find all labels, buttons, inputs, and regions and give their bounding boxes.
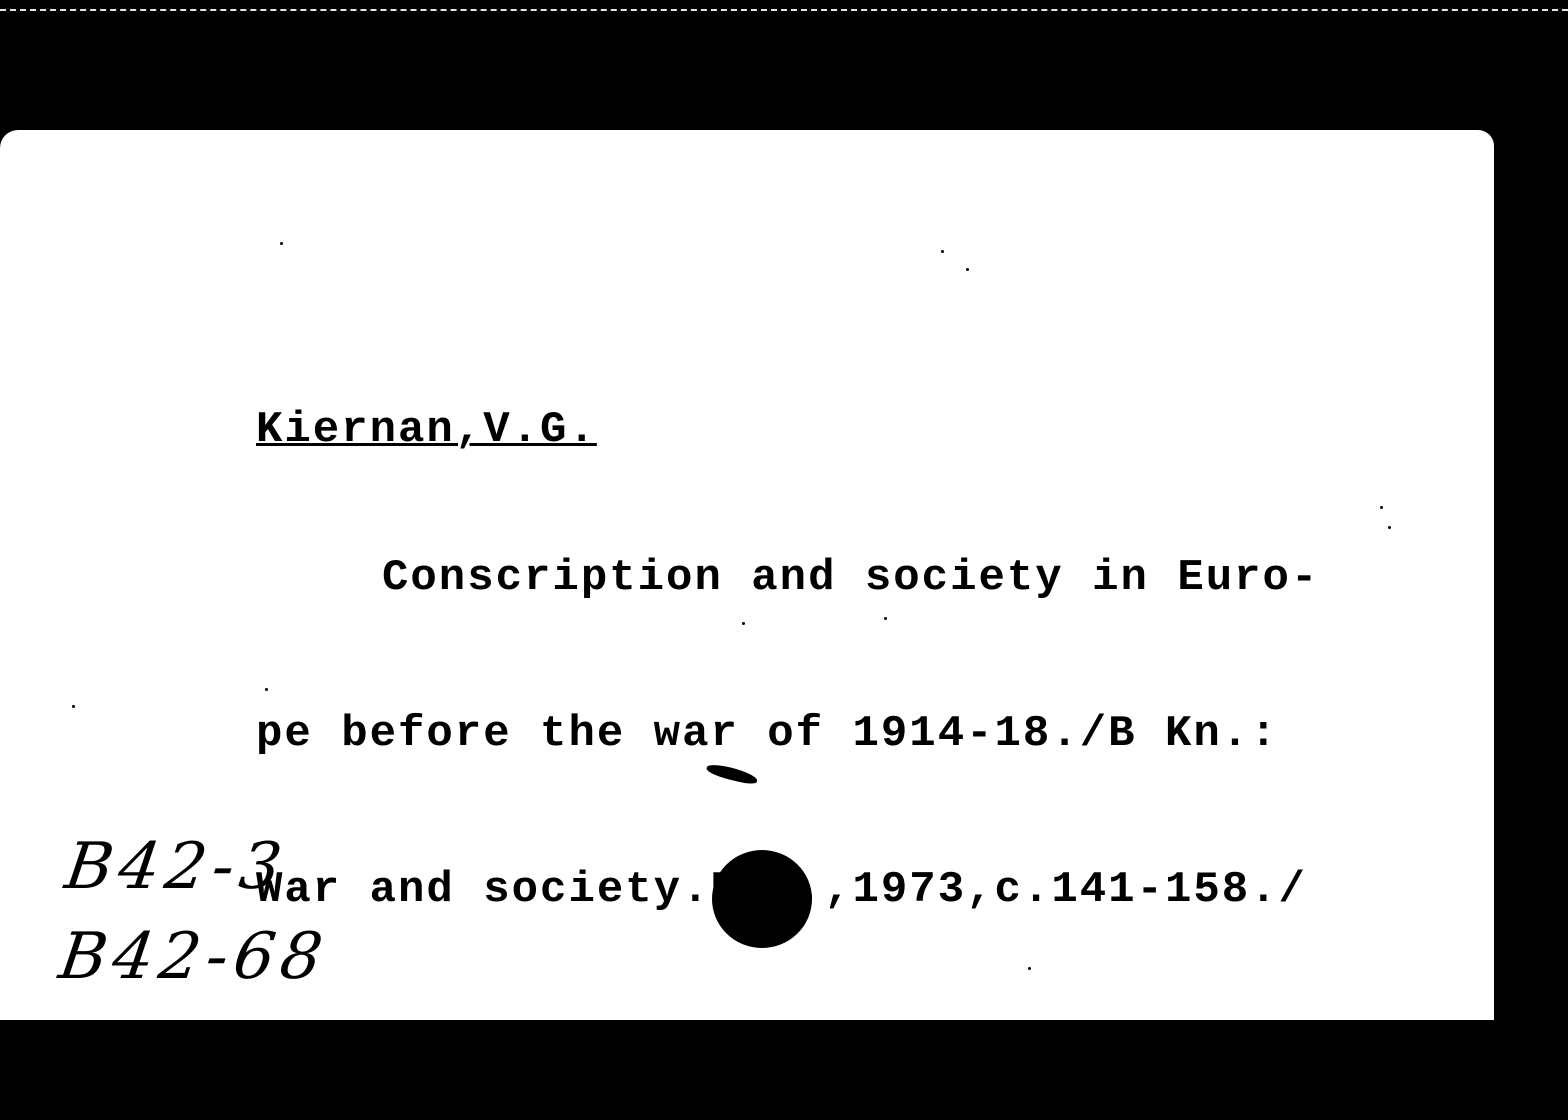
speck — [72, 705, 75, 708]
punch-hole — [712, 850, 812, 948]
speck — [280, 242, 283, 245]
title-line-2: pe before the war of 1914-18./B Kn.: — [256, 708, 1319, 760]
speck — [966, 268, 969, 271]
speck — [884, 617, 887, 620]
speck — [1380, 506, 1383, 509]
handwritten-shelfmark-2: B42-68 — [55, 920, 333, 994]
speck — [1388, 526, 1391, 529]
title-line-1: Conscription and society in Euro- — [382, 553, 1319, 603]
speck — [742, 622, 745, 625]
speck — [1028, 967, 1031, 970]
author-name: Kiernan,V.G. — [256, 405, 597, 455]
handwritten-shelfmark-1: B42-3 — [61, 830, 292, 904]
speck — [941, 250, 944, 253]
scan-edge-line — [0, 9, 1568, 11]
speck — [265, 688, 268, 691]
